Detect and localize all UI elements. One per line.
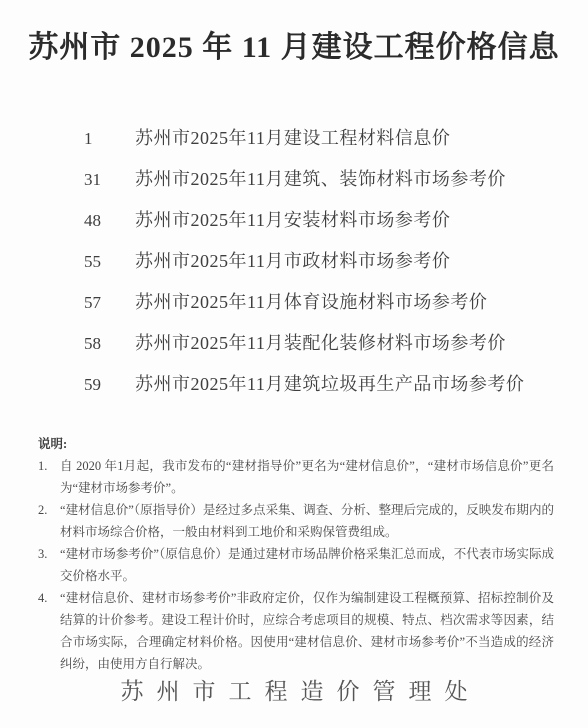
toc-item: 58 苏州市2025年11月装配化装修材料市场参考价	[84, 329, 548, 353]
toc-item-title: 苏州市2025年11月装配化装修材料市场参考价	[135, 329, 506, 355]
note-text: “建材市场参考价”（原信息价）是通过建材市场品牌价格采集汇总而成，不代表市场实际…	[60, 543, 554, 587]
toc-item-title: 苏州市2025年11月建设工程材料信息价	[135, 124, 450, 150]
note-item: 1. 自 2020 年1月起，我市发布的“建材指导价”更名为“建材信息价”，“建…	[38, 455, 554, 499]
publisher-name: 苏州市工程造价管理处	[0, 673, 588, 706]
toc-item-title: 苏州市2025年11月建筑、装饰材料市场参考价	[135, 165, 506, 191]
note-text: 自 2020 年1月起，我市发布的“建材指导价”更名为“建材信息价”，“建材市场…	[60, 455, 554, 499]
toc-page-number: 57	[84, 293, 135, 313]
toc-page-number: 55	[84, 252, 135, 272]
note-number: 4.	[38, 587, 60, 675]
toc-page-number: 1	[84, 129, 135, 149]
page-title: 苏州市 2025 年 11 月建设工程价格信息	[0, 22, 588, 66]
note-number: 3.	[38, 543, 60, 587]
document-page: 苏州市 2025 年 11 月建设工程价格信息 1 苏州市2025年11月建设工…	[0, 0, 588, 728]
toc-item-title: 苏州市2025年11月安装材料市场参考价	[135, 206, 450, 232]
toc-item: 59 苏州市2025年11月建筑垃圾再生产品市场参考价	[84, 370, 548, 394]
toc-item: 31 苏州市2025年11月建筑、装饰材料市场参考价	[84, 165, 548, 189]
toc-page-number: 48	[84, 211, 135, 231]
notes-heading: 说明:	[38, 434, 554, 452]
note-item: 4. “建材信息价、建材市场参考价”非政府定价，仅作为编制建设工程概预算、招标控…	[38, 587, 554, 675]
note-text: “建材信息价、建材市场参考价”非政府定价，仅作为编制建设工程概预算、招标控制价及…	[60, 587, 554, 675]
toc-item-title: 苏州市2025年11月体育设施材料市场参考价	[135, 288, 487, 314]
notes-section: 说明: 1. 自 2020 年1月起，我市发布的“建材指导价”更名为“建材信息价…	[38, 434, 554, 675]
toc-item: 55 苏州市2025年11月市政材料市场参考价	[84, 247, 548, 271]
note-number: 1.	[38, 455, 60, 499]
toc-list: 1 苏州市2025年11月建设工程材料信息价 31 苏州市2025年11月建筑、…	[84, 124, 548, 394]
note-text: “建材信息价”（原指导价）是经过多点采集、调查、分析、整理后完成的，反映发布期内…	[60, 499, 554, 543]
toc-item: 48 苏州市2025年11月安装材料市场参考价	[84, 206, 548, 230]
toc-page-number: 31	[84, 170, 135, 190]
toc-item: 1 苏州市2025年11月建设工程材料信息价	[84, 124, 548, 148]
note-number: 2.	[38, 499, 60, 543]
note-item: 3. “建材市场参考价”（原信息价）是通过建材市场品牌价格采集汇总而成，不代表市…	[38, 543, 554, 587]
toc-page-number: 59	[84, 375, 135, 395]
toc-item-title: 苏州市2025年11月建筑垃圾再生产品市场参考价	[135, 370, 524, 396]
toc-item-title: 苏州市2025年11月市政材料市场参考价	[135, 247, 450, 273]
toc-page-number: 58	[84, 334, 135, 354]
toc-item: 57 苏州市2025年11月体育设施材料市场参考价	[84, 288, 548, 312]
note-item: 2. “建材信息价”（原指导价）是经过多点采集、调查、分析、整理后完成的，反映发…	[38, 499, 554, 543]
